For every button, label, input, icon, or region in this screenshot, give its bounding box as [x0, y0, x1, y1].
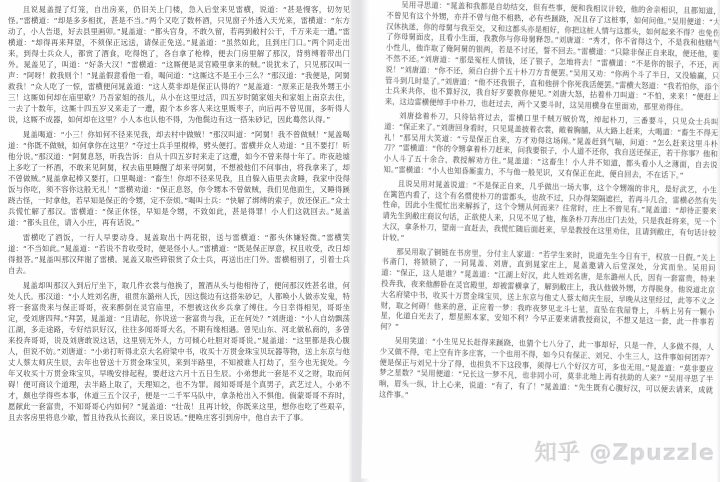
text-paragraph: 且说晁盖提了灯笼，自出房来，仍旧关上门楼，急入后堂来见雷横，说道：“甚是慢客，切…: [8, 4, 350, 125]
text-paragraph: 晁盖喝道：“小三！你如何不径来见我，却去村中做贼！”那汉叫道：“阿舅！我不曾做贼…: [8, 129, 350, 228]
left-page: 且说晁盖提了灯笼，自出房来，仍旧关上门楼，急入后堂来见雷横，说道：“甚是慢客，切…: [0, 0, 352, 482]
book-spread-photo: 且说晁盖提了灯笼，自出房来，仍旧关上门楼，急入后堂来见雷横，说道：“甚是慢客，切…: [0, 0, 720, 482]
page-right-edge-shade: [716, 0, 720, 482]
text-paragraph: 刘唐捻着朴刀，只待钻将过去，雷横口里千贼万贼价骂，绰起朴刀，三番要斗，只见众士兵…: [383, 111, 718, 182]
text-paragraph: 且说吴用对晁盖说道：“不是保正自来，几乎做出一场大事，这个令甥端的非凡，是好武艺…: [382, 179, 717, 250]
text-paragraph: 雷横吃了酒饭，一行人早要动身。晁盖取出十两花银，送与雷横道：“都头休嫌轻微。”雷…: [8, 232, 350, 276]
text-paragraph: 晁盖却叫那汉入到后厅坐下，取几件衣裳与他换了，置酒从头与他相待了，便问那汉姓甚名…: [8, 280, 350, 423]
text-paragraph: 那吴用取了铜链在书房里，分付主人家道：“若学生来时，说道先生今日有干，权放一日假…: [380, 246, 716, 339]
text-paragraph: 吴用笑道：“小生见兄长赶得来蹊跷，也猜个七八分了，此一事却好，只是一件，人多做不…: [379, 336, 714, 407]
text-paragraph: 吴用寻思道：“晁盖和我都是自幼结交，但有些事，便和我相议计较，他的舍亲相识，且都…: [385, 0, 720, 114]
zhihu-watermark: 知乎 @Zpuzzle: [535, 436, 715, 467]
right-page: 吴用寻思道：“晁盖和我都是自幼结交，但有些事，便和我相议计较，他的舍亲相识，且都…: [361, 0, 720, 482]
